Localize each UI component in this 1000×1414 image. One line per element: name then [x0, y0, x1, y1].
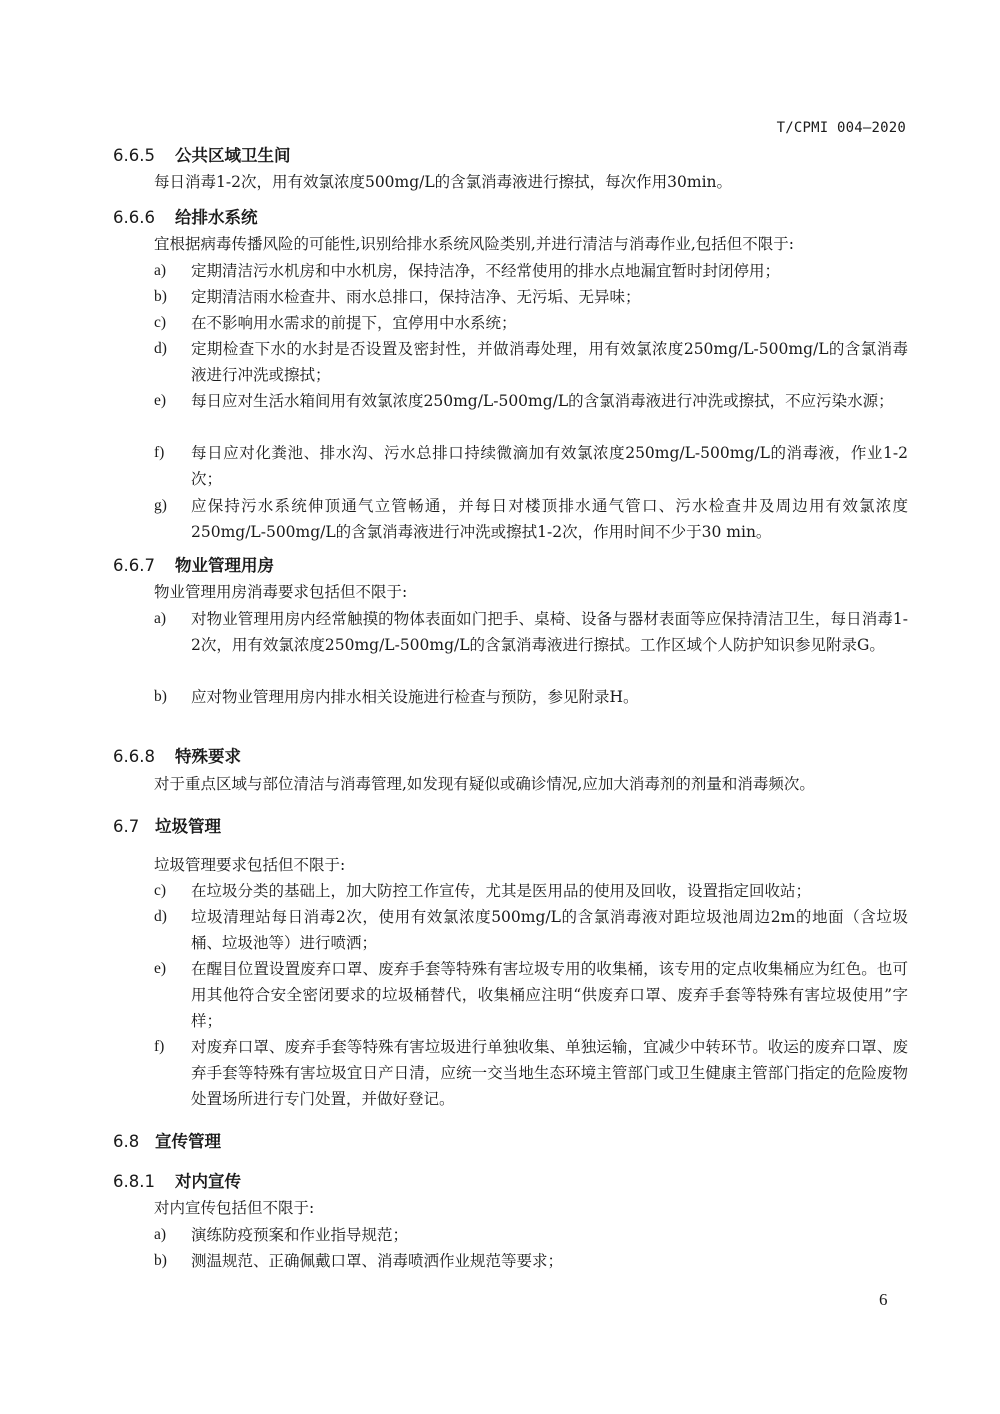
list-item-text: 在醒目位置设置废弃口罩、废弃手套等特殊有害垃圾专用的收集桶，该专用的定点收集桶应… [191, 956, 908, 1034]
page-number: 6 [879, 1290, 888, 1310]
list-marker: g) [154, 493, 184, 519]
list-item-text: 测温规范、正确佩戴口罩、消毒喷洒作业规范等要求； [191, 1248, 908, 1274]
list-item-text: 应对物业管理用房内排水相关设施进行检查与预防，参见附录H。 [191, 684, 908, 710]
list-item: a)演练防疫预案和作业指导规范； [154, 1222, 908, 1248]
list-marker: a) [154, 606, 184, 632]
list-item-text: 定期检查下水的水封是否设置及密封性，并做消毒处理，用有效氯浓度250mg/L-5… [191, 336, 908, 388]
list-item: d)垃圾清理站每日消毒2次，使用有效氯浓度500mg/L的含氯消毒液对距垃圾池周… [154, 904, 908, 956]
list-marker: b) [154, 284, 184, 310]
list-marker: d) [154, 336, 184, 362]
list-item-text: 每日应对生活水箱间用有效氯浓度250mg/L-500mg/L的含氯消毒液进行冲洗… [191, 388, 908, 414]
paragraph: 对于重点区域与部位清洁与消毒管理,如发现有疑似或确诊情况,应加大消毒剂的剂量和消… [154, 771, 908, 797]
list-item: b)应对物业管理用房内排水相关设施进行检查与预防，参见附录H。 [154, 684, 908, 710]
list-item: b)定期清洁雨水检查井、雨水总排口，保持洁净、无污垢、无异味； [154, 284, 908, 310]
section-title: 物业管理用房 [175, 556, 274, 575]
section-number: 6.6.6 [113, 208, 175, 227]
intro-paragraph: 物业管理用房消毒要求包括但不限于: [154, 579, 908, 605]
list-item: a)对物业管理用房内经常触摸的物体表面如门把手、桌椅、设备与器材表面等应保持清洁… [154, 606, 908, 658]
list-marker: a) [154, 1222, 184, 1248]
section-heading-6-8-1: 6.8.1对内宣传 [113, 1168, 241, 1192]
list-item-text: 应保持污水系统伸顶通气立管畅通，并每日对楼顶排水通气管口、污水检查井及周边用有效… [191, 493, 908, 545]
list-item-text: 演练防疫预案和作业指导规范； [191, 1222, 908, 1248]
document-code-header: T/CPMI 004—2020 [777, 120, 906, 136]
list-item: f)每日应对化粪池、排水沟、污水总排口持续微滴加有效氯浓度250mg/L-500… [154, 440, 908, 492]
section-heading-6-7: 6.7垃圾管理 [113, 813, 221, 837]
list-marker: b) [154, 684, 184, 710]
section-title: 垃圾管理 [155, 817, 221, 836]
section-title: 特殊要求 [175, 747, 241, 766]
list-item-text: 在垃圾分类的基础上，加大防控工作宣传，尤其是医用品的使用及回收，设置指定回收站； [191, 878, 908, 904]
list-marker: b) [154, 1248, 184, 1274]
section-title: 对内宣传 [175, 1172, 241, 1191]
intro-paragraph: 宜根据病毒传播风险的可能性,识别给排水系统风险类别,并进行清洁与消毒作业,包括但… [154, 231, 908, 257]
list-marker: c) [154, 310, 184, 336]
list-item-text: 垃圾清理站每日消毒2次，使用有效氯浓度500mg/L的含氯消毒液对距垃圾池周边2… [191, 904, 908, 956]
list-marker: f) [154, 1034, 184, 1060]
list-item-text: 每日应对化粪池、排水沟、污水总排口持续微滴加有效氯浓度250mg/L-500mg… [191, 440, 908, 492]
section-title: 公共区域卫生间 [175, 146, 291, 165]
list-item-text: 对废弃口罩、废弃手套等特殊有害垃圾进行单独收集、单独运输，宜减少中转环节。收运的… [191, 1034, 908, 1112]
section-number: 6.7 [113, 817, 155, 836]
list-marker: d) [154, 904, 184, 930]
list-item: e)在醒目位置设置废弃口罩、废弃手套等特殊有害垃圾专用的收集桶，该专用的定点收集… [154, 956, 908, 1034]
list-item-text: 对物业管理用房内经常触摸的物体表面如门把手、桌椅、设备与器材表面等应保持清洁卫生… [191, 606, 908, 658]
section-heading-6-6-7: 6.6.7物业管理用房 [113, 552, 274, 576]
list-item-text: 在不影响用水需求的前提下，宜停用中水系统； [191, 310, 908, 336]
list-marker: a) [154, 258, 184, 284]
list-marker: e) [154, 956, 184, 982]
section-heading-6-6-5: 6.6.5公共区域卫生间 [113, 142, 291, 166]
section-title: 宣传管理 [155, 1132, 221, 1151]
intro-paragraph: 垃圾管理要求包括但不限于: [154, 852, 908, 878]
list-item: f)对废弃口罩、废弃手套等特殊有害垃圾进行单独收集、单独运输，宜减少中转环节。收… [154, 1034, 908, 1112]
list-item: b)测温规范、正确佩戴口罩、消毒喷洒作业规范等要求； [154, 1248, 908, 1274]
section-heading-6-6-8: 6.6.8特殊要求 [113, 743, 241, 767]
list-item-text: 定期清洁雨水检查井、雨水总排口，保持洁净、无污垢、无异味； [191, 284, 908, 310]
section-number: 6.8 [113, 1132, 155, 1151]
paragraph: 每日消毒1-2次，用有效氯浓度500mg/L的含氯消毒液进行擦拭，每次作用30m… [154, 169, 908, 195]
list-marker: c) [154, 878, 184, 904]
list-marker: f) [154, 440, 184, 466]
list-item: d)定期检查下水的水封是否设置及密封性，并做消毒处理，用有效氯浓度250mg/L… [154, 336, 908, 388]
list-item: g)应保持污水系统伸顶通气立管畅通，并每日对楼顶排水通气管口、污水检查井及周边用… [154, 493, 908, 545]
list-item: c)在垃圾分类的基础上，加大防控工作宣传，尤其是医用品的使用及回收，设置指定回收… [154, 878, 908, 904]
section-number: 6.6.7 [113, 556, 175, 575]
intro-paragraph: 对内宣传包括但不限于: [154, 1195, 908, 1221]
section-number: 6.8.1 [113, 1172, 175, 1191]
list-item: a)定期清洁污水机房和中水机房，保持洁净，不经常使用的排水点地漏宜暂时封闭停用； [154, 258, 908, 284]
list-item: e)每日应对生活水箱间用有效氯浓度250mg/L-500mg/L的含氯消毒液进行… [154, 388, 908, 414]
section-number: 6.6.5 [113, 146, 175, 165]
section-heading-6-6-6: 6.6.6给排水系统 [113, 204, 258, 228]
section-number: 6.6.8 [113, 747, 175, 766]
section-title: 给排水系统 [175, 208, 258, 227]
section-heading-6-8: 6.8宣传管理 [113, 1128, 221, 1152]
list-item-text: 定期清洁污水机房和中水机房，保持洁净，不经常使用的排水点地漏宜暂时封闭停用； [191, 258, 908, 284]
list-item: c)在不影响用水需求的前提下，宜停用中水系统； [154, 310, 908, 336]
list-marker: e) [154, 388, 184, 414]
